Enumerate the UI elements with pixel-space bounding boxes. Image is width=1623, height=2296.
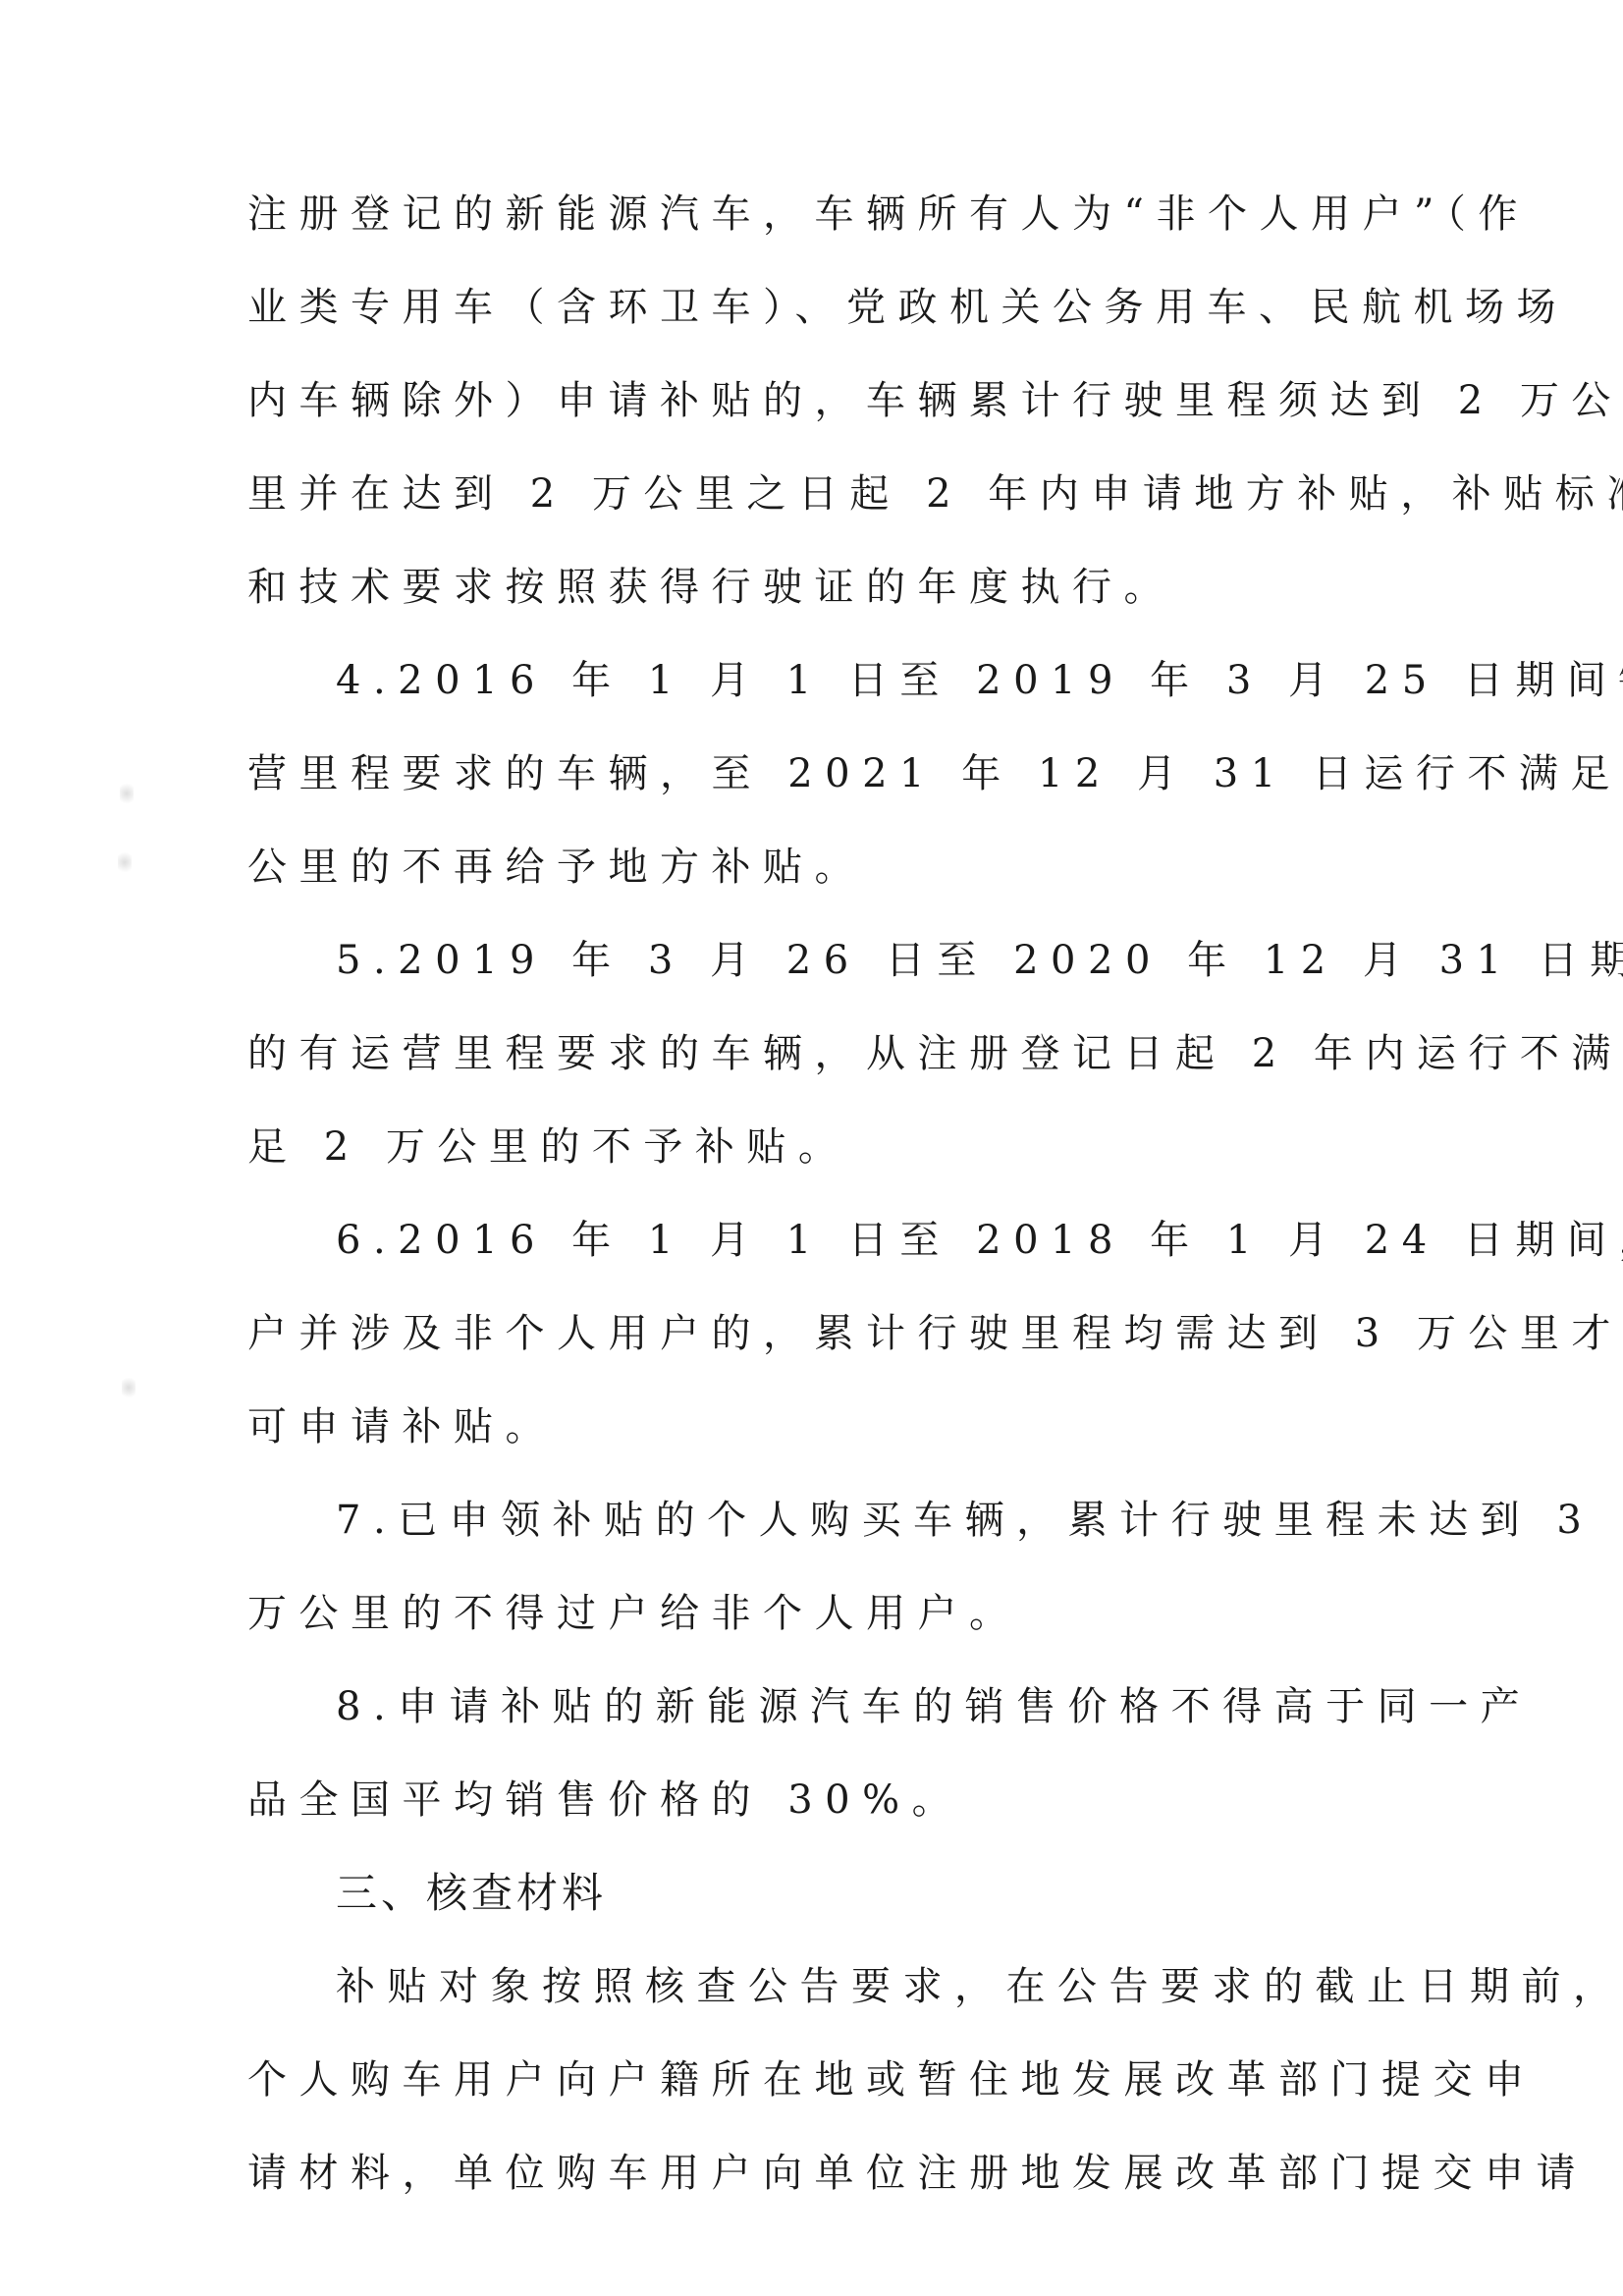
scan-artifact bbox=[122, 1375, 135, 1400]
paragraph-line: 里并在达到 2 万公里之日起 2 年内申请地方补贴，补贴标准 bbox=[247, 465, 1411, 523]
paragraph-line: 个人购车用户向户籍所在地或暂住地发展改革部门提交申 bbox=[247, 2050, 1411, 2109]
paragraph-line: 补贴对象按照核查公告要求，在公告要求的截止日期前， bbox=[336, 1957, 1411, 2016]
paragraph-line: 可申请补贴。 bbox=[247, 1397, 1411, 1456]
list-item-5: 5.2019 年 3 月 26 日至 2020 年 12 月 31 日期间销售上… bbox=[336, 931, 1411, 990]
paragraph-line: 内车辆除外）申请补贴的，车辆累计行驶里程须达到 2 万公 bbox=[247, 371, 1411, 430]
paragraph-line: 和技术要求按照获得行驶证的年度执行。 bbox=[247, 558, 1411, 617]
paragraph-line: 公里的不再给予地方补贴。 bbox=[247, 838, 1411, 897]
section-heading: 三、核查材料 bbox=[336, 1864, 1499, 1923]
paragraph-line: 户并涉及非个人用户的，累计行驶里程均需达到 3 万公里才 bbox=[247, 1304, 1411, 1363]
list-item-8: 8.申请补贴的新能源汽车的销售价格不得高于同一产 bbox=[336, 1677, 1411, 1736]
paragraph-line: 足 2 万公里的不予补贴。 bbox=[247, 1118, 1411, 1176]
list-item-4: 4.2016 年 1 月 1 日至 2019 年 3 月 25 日期间销售的有运 bbox=[336, 651, 1411, 710]
paragraph-line: 注册登记的新能源汽车，车辆所有人为“非个人用户”（作 bbox=[247, 185, 1411, 244]
list-item-6: 6.2016 年 1 月 1 日至 2018 年 1 月 24 日期间，车辆已过 bbox=[336, 1211, 1411, 1270]
scan-artifact bbox=[120, 781, 134, 806]
paragraph-line: 请材料，单位购车用户向单位注册地发展改革部门提交申请 bbox=[247, 2144, 1411, 2203]
paragraph-line: 的有运营里程要求的车辆，从注册登记日起 2 年内运行不满 bbox=[247, 1024, 1411, 1083]
paragraph-line: 万公里的不得过户给非个人用户。 bbox=[247, 1584, 1411, 1643]
paragraph-line: 品全国平均销售价格的 30%。 bbox=[247, 1771, 1411, 1830]
document-page: 注册登记的新能源汽车，车辆所有人为“非个人用户”（作 业类专用车（含环卫车）、党… bbox=[0, 0, 1623, 2296]
paragraph-line: 业类专用车（含环卫车）、党政机关公务用车、民航机场场 bbox=[247, 278, 1411, 337]
scan-artifact bbox=[118, 849, 132, 875]
list-item-7: 7.已申领补贴的个人购买车辆，累计行驶里程未达到 3 bbox=[336, 1491, 1411, 1550]
paragraph-line: 营里程要求的车辆，至 2021 年 12 月 31 日运行不满足 2 万 bbox=[247, 744, 1411, 803]
